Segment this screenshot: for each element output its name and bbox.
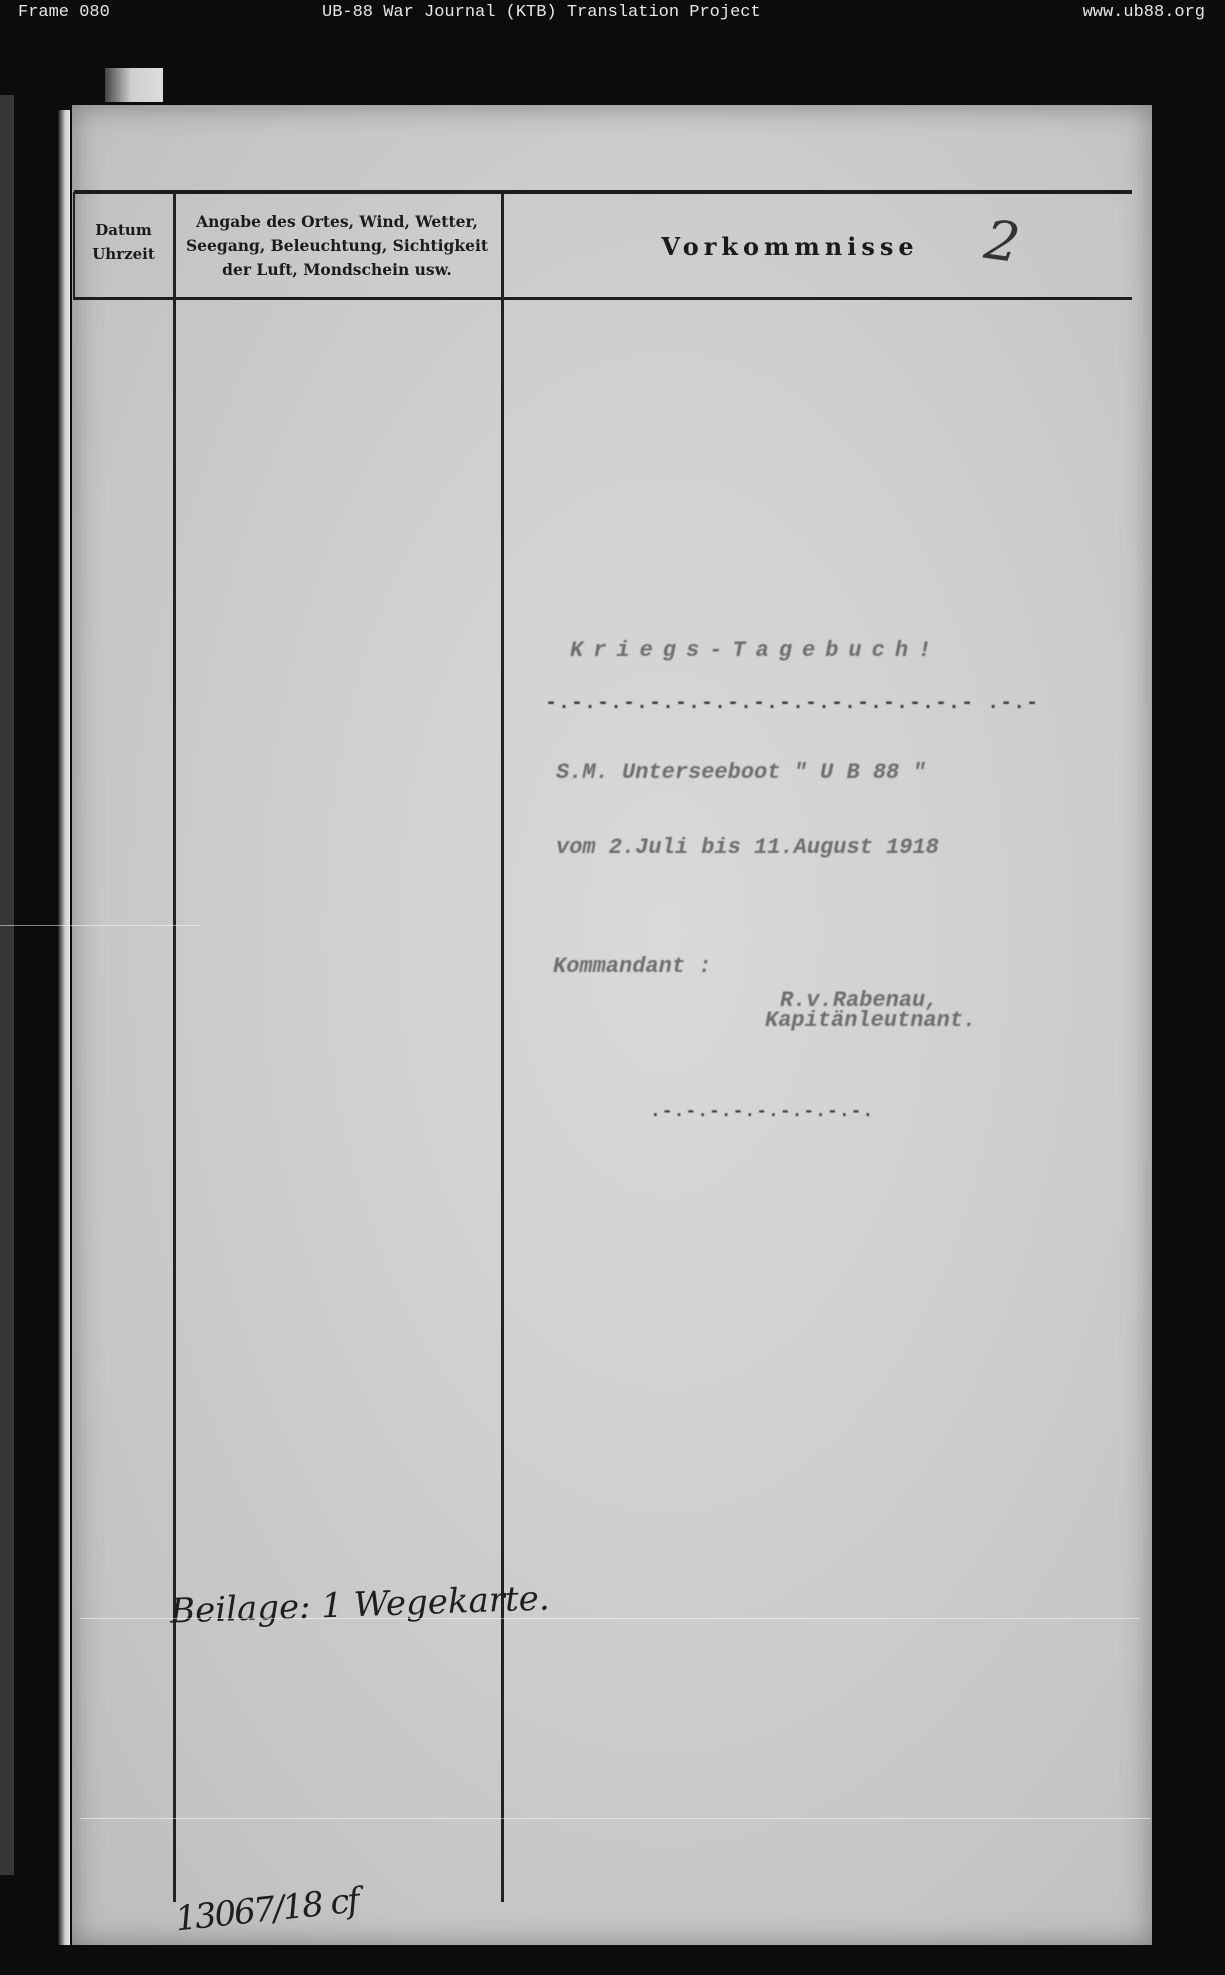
decorative-rule-top: -.-.-.-.-.-.-.-.-.-.-.-.-.-.-.-.- .-.- <box>545 692 1039 715</box>
film-scratch <box>80 1618 1140 1619</box>
film-scratch <box>0 925 200 926</box>
project-title: UB-88 War Journal (KTB) Translation Proj… <box>322 3 761 22</box>
viewer-header-bar: Frame 080 UB-88 War Journal (KTB) Transl… <box>0 0 1225 28</box>
commander-label: Kommandant : <box>553 954 711 979</box>
column-header-vorkommnisse: Vorkommnisse <box>600 232 980 261</box>
film-edge <box>0 95 14 1875</box>
film-scratch <box>80 1818 1150 1819</box>
header-top-rule <box>74 190 1132 194</box>
commander-rank: Kapitänleutnant. <box>765 1008 976 1033</box>
angabe-line-3: der Luft, Mondschein usw. <box>176 258 498 282</box>
date-range: vom 2.Juli bis 11.August 1918 <box>556 835 939 860</box>
angabe-line-2: Seegang, Beleuchtung, Sichtigkeit <box>176 234 498 258</box>
decorative-rule-bottom: .-.-.-.-.-.-.-.-.-. <box>650 1102 874 1122</box>
header-bottom-rule <box>74 297 1132 300</box>
boat-designation: S.M. Unterseeboot " U B 88 " <box>556 760 926 785</box>
frame-label: Frame 080 <box>18 3 110 22</box>
angabe-line-1: Angabe des Ortes, Wind, Wetter, <box>176 210 498 234</box>
column-header-datum: Datum Uhrzeit <box>76 218 171 266</box>
datum-label: Datum <box>76 218 171 242</box>
column-divider-1 <box>173 192 176 1902</box>
journal-page <box>72 105 1152 1945</box>
page-binding-edge <box>58 110 70 1945</box>
left-border <box>73 192 75 300</box>
journal-title: Kriegs-Tagebuch! <box>570 638 941 663</box>
uhrzeit-label: Uhrzeit <box>76 242 171 266</box>
website-link[interactable]: www.ub88.org <box>1083 3 1205 22</box>
column-header-angabe: Angabe des Ortes, Wind, Wetter, Seegang,… <box>176 210 498 282</box>
column-divider-2 <box>501 192 504 1902</box>
page-tab <box>105 68 163 102</box>
